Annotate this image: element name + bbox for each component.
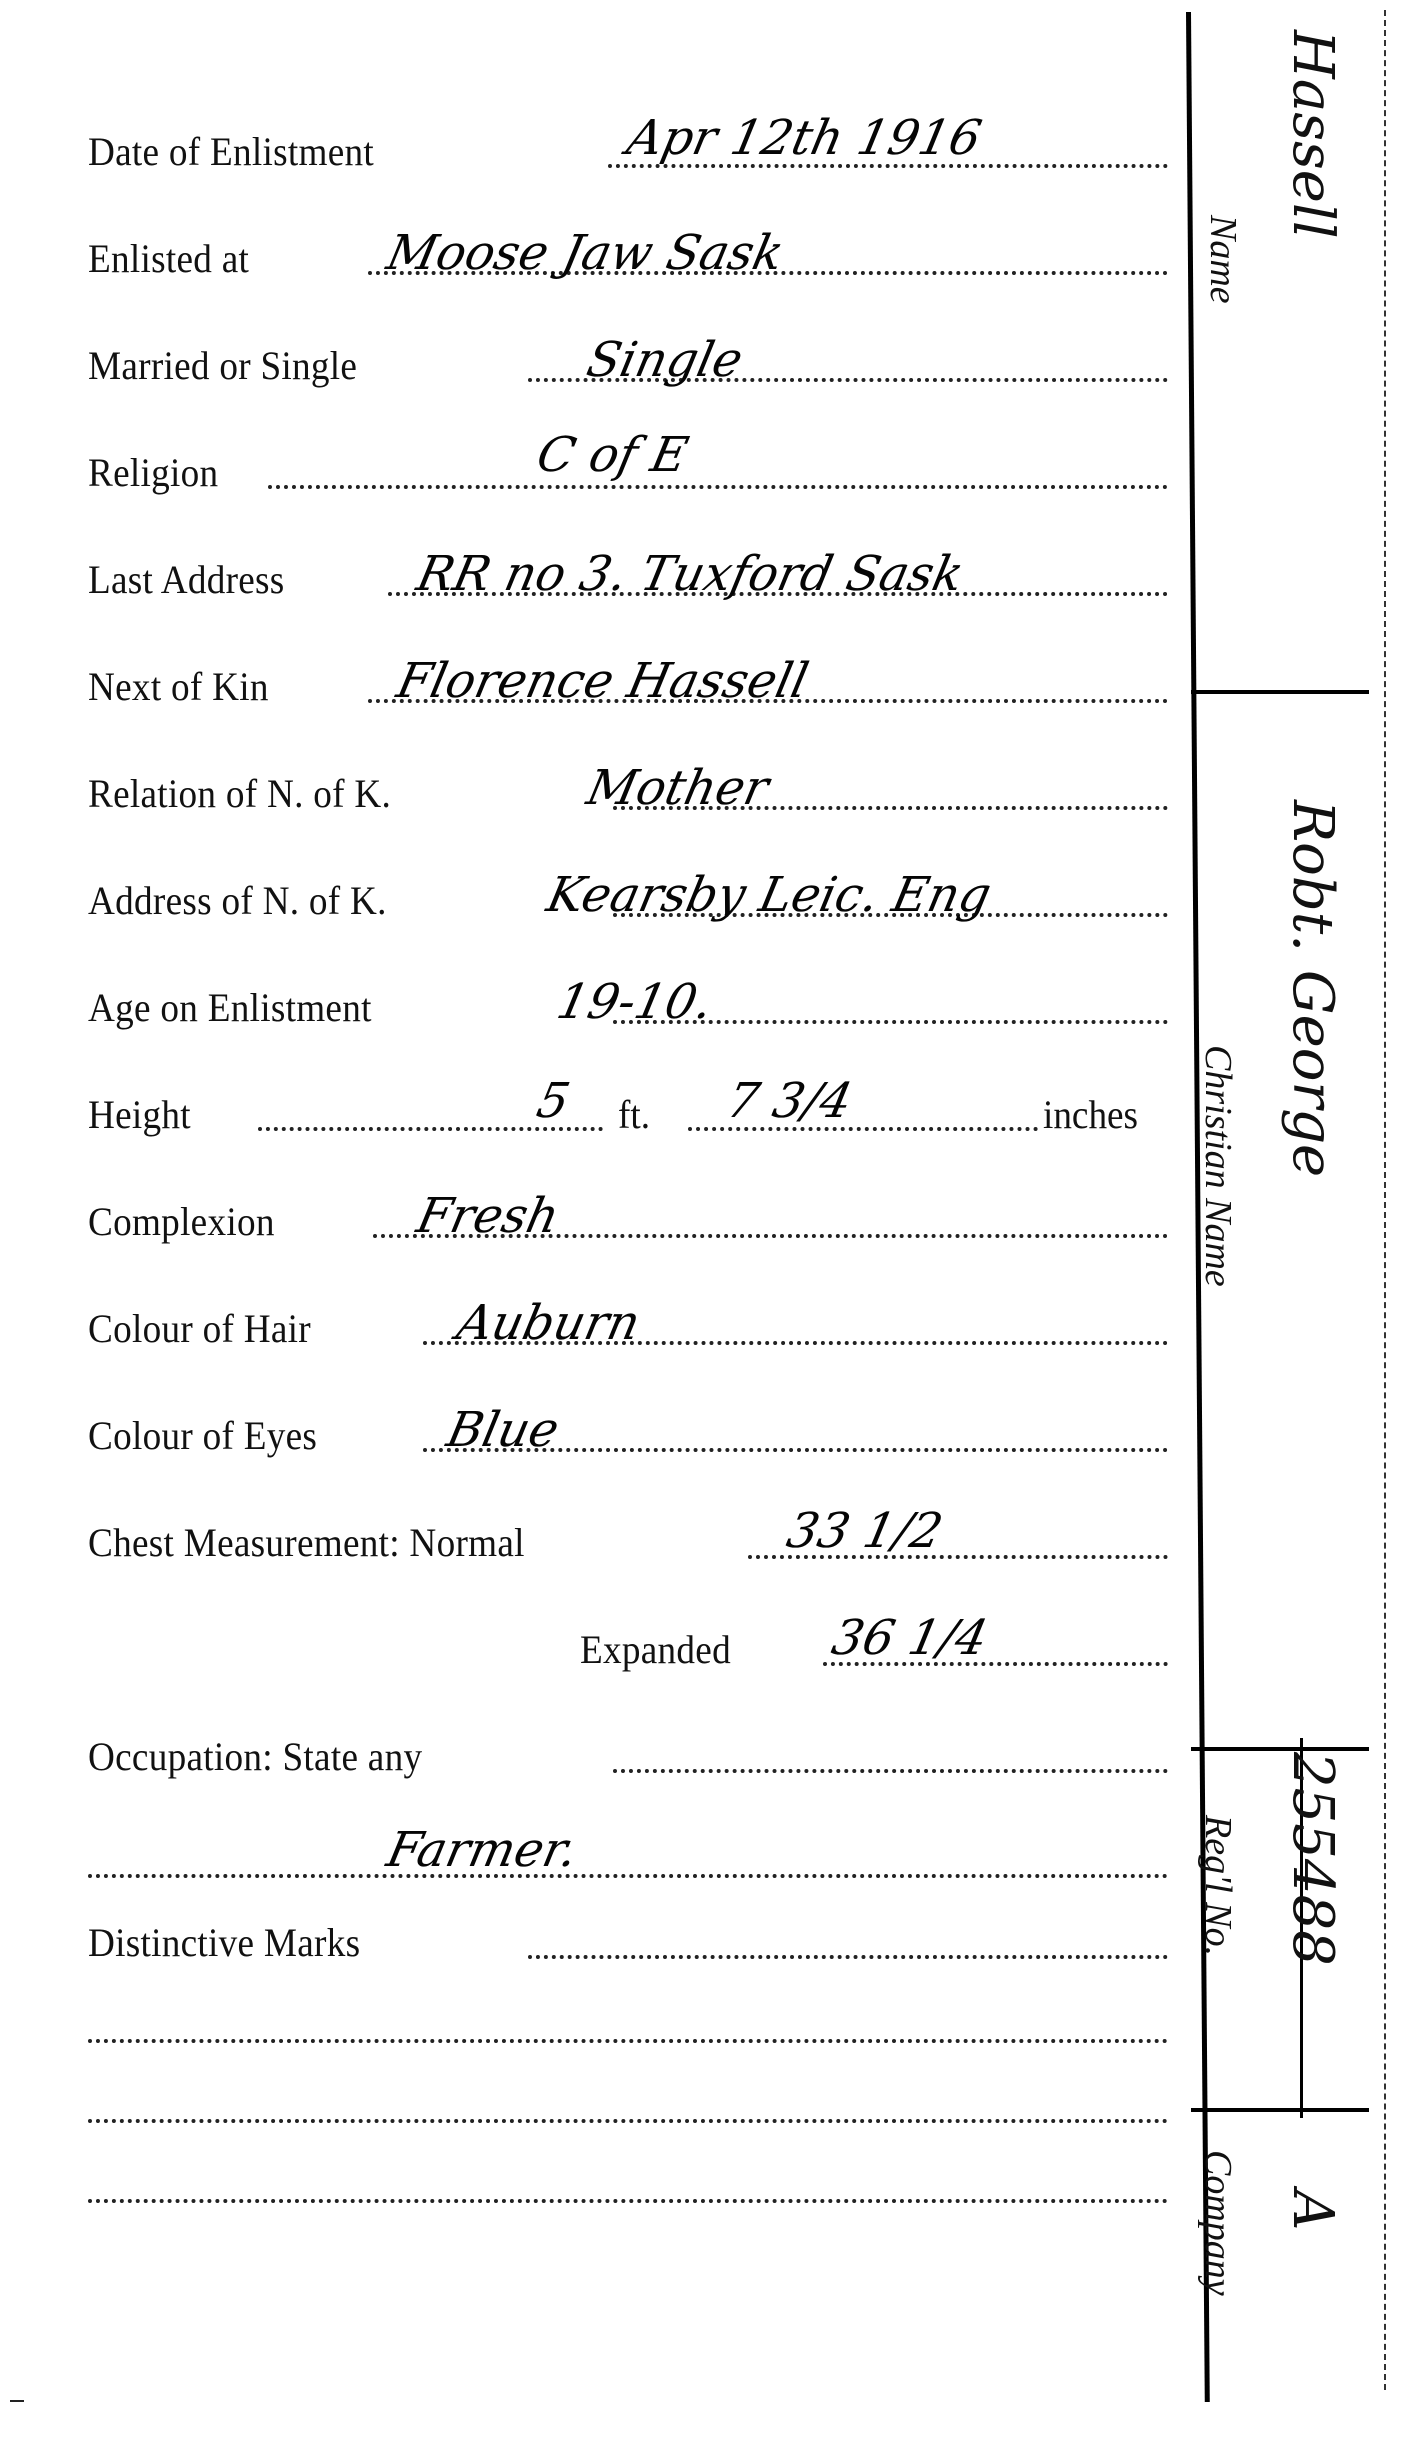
field-value: 33 1/2 [783,1507,947,1555]
inches-unit-label: inches [1043,1095,1138,1135]
field-value: 19-10. [553,978,717,1026]
dotted-line [528,1955,1168,1959]
company-label: Company [1196,2150,1240,2296]
field-value: Kearsby Leic. Eng [543,871,995,919]
field-label: Last Address [88,560,285,600]
field-label: Date of Enlistment [88,132,374,172]
distinctive-marks-line-4 [88,2147,1168,2207]
field-label: Age on Enlistment [88,988,372,1028]
field-chest-expanded: Expanded 36 1/4 [88,1610,1168,1670]
dotted-line [88,2199,1168,2203]
field-colour-of-eyes: Colour of Eyes Blue [88,1396,1168,1456]
separator-regno-company [1191,2108,1369,2112]
field-value: Moose Jaw Sask [383,229,788,277]
field-label: Complexion [88,1202,275,1242]
field-label: Occupation: State any [88,1737,422,1777]
field-married-or-single: Married or Single Single [88,326,1168,386]
field-value: Auburn [453,1299,644,1347]
field-label: Chest Measurement: Normal [88,1523,525,1563]
field-value: Florence Hassell [393,657,812,705]
field-label: Distinctive Marks [88,1923,360,1963]
field-religion: Religion C of E [88,433,1168,493]
field-label: Religion [88,453,218,493]
distinctive-marks-line-3 [88,2067,1168,2127]
separator-christian-regno [1191,1747,1369,1751]
field-label: Colour of Eyes [88,1416,317,1456]
distinctive-marks-line-2 [88,1987,1168,2047]
height-feet-value: 5 [533,1077,574,1125]
field-complexion: Complexion Fresh [88,1182,1168,1242]
field-value: 36 1/4 [828,1614,992,1662]
right-dashed-border [1384,10,1386,2390]
field-label: Height [88,1095,191,1135]
field-occupation: Occupation: State any [88,1717,1168,1777]
field-value: Single [583,336,747,384]
dotted-line [88,2119,1168,2123]
name-label: Name [1201,215,1245,304]
field-value: Farmer. [383,1826,582,1874]
field-last-address: Last Address RR no 3. Tuxford Sask [88,540,1168,600]
field-date-of-enlistment: Date of Enlistment Apr 12th 1916 [88,112,1168,172]
christian-name-value: Robt. George [1280,800,1345,1177]
dotted-line [613,1769,1168,1773]
edge-mark [10,2400,24,2402]
field-label: Colour of Hair [88,1309,311,1349]
height-inches-value: 7 3/4 [723,1077,856,1125]
field-label: Address of N. of K. [88,881,387,921]
dotted-line [88,1874,1168,1878]
field-label: Enlisted at [88,239,249,279]
dotted-line [88,2039,1168,2043]
regimental-no-value: 255488 [1280,1752,1345,1966]
field-address-of-nok: Address of N. of K. Kearsby Leic. Eng [88,861,1168,921]
field-chest-normal: Chest Measurement: Normal 33 1/2 [88,1503,1168,1563]
dotted-line [268,485,1168,489]
name-value: Hassell [1280,30,1345,239]
field-distinctive-marks: Distinctive Marks [88,1903,1168,1963]
feet-unit-label: ft. [618,1095,650,1135]
field-label: Next of Kin [88,667,269,707]
field-value: Mother [583,764,773,812]
field-value: Apr 12th 1916 [623,114,985,162]
company-value: A [1280,2190,1345,2230]
field-value: RR no 3. Tuxford Sask [413,550,968,598]
field-age-on-enlistment: Age on Enlistment 19-10. [88,968,1168,1028]
separator-name-christian [1191,690,1369,694]
field-enlisted-at: Enlisted at Moose Jaw Sask [88,219,1168,279]
field-label: Married or Single [88,346,357,386]
field-value: Fresh [413,1192,563,1240]
regimental-no-label: Reg'l No. [1196,1815,1240,1956]
field-value: Blue [443,1406,563,1454]
christian-name-label: Christian Name [1196,1045,1240,1287]
field-height: Height 5 ft. 7 3/4 inches [88,1075,1168,1135]
field-next-of-kin: Next of Kin Florence Hassell [88,647,1168,707]
field-relation-of-nok: Relation of N. of K. Mother [88,754,1168,814]
field-colour-of-hair: Colour of Hair Auburn [88,1289,1168,1349]
field-occupation-value-line: Farmer. [88,1822,1168,1882]
field-value: C of E [533,431,692,479]
field-label: Relation of N. of K. [88,774,391,814]
field-label: Expanded [580,1630,731,1670]
